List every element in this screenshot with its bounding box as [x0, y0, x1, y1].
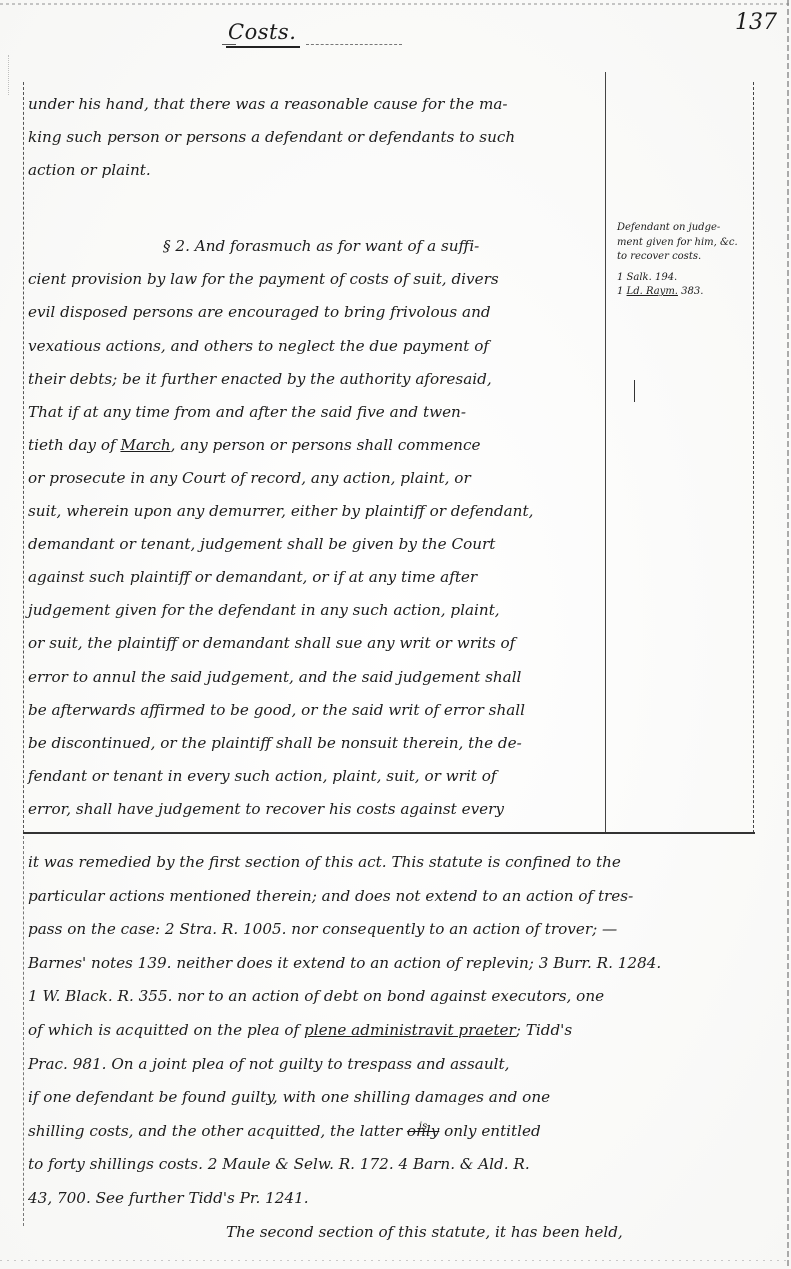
note-line: Barnes' notes 139. neither does it exten… [28, 947, 768, 981]
margin-column-right-border [753, 82, 754, 833]
text-line: judgement given for the defendant in any… [28, 594, 608, 627]
paragraph-gap [28, 187, 608, 230]
margin-note-line: to recover costs. [617, 250, 753, 265]
text-line: king such person or persons a defendant … [28, 121, 608, 154]
text-line: suit, wherein upon any demurrer, either … [28, 495, 608, 528]
note-line: if one defendant be found guilty, with o… [28, 1081, 768, 1115]
correction: onlyis [407, 1122, 439, 1140]
page-number: 137 [735, 10, 777, 35]
text-line: fendant or tenant in every such action, … [28, 760, 608, 793]
text-line: their debts; be it further enacted by th… [28, 363, 608, 396]
page-title: Costs. [228, 20, 296, 44]
scan-right-edge [787, 0, 789, 1269]
commentary-notes: it was remedied by the first section of … [28, 846, 768, 1249]
note-line: pass on the case: 2 Stra. R. 1005. nor c… [28, 913, 768, 947]
margin-ink-tick [634, 380, 635, 402]
header-rule-right [306, 44, 402, 45]
header-rule-left [222, 44, 236, 45]
note-line: particular actions mentioned therein; an… [28, 880, 768, 914]
text-line: error, shall have judgement to recover h… [28, 793, 608, 826]
interlinear-insert: is [419, 1110, 427, 1144]
note-line: it was remedied by the first section of … [28, 846, 768, 880]
underlined-citation: Ld. Raym. [627, 286, 678, 297]
statute-text: under his hand, that there was a reasona… [28, 88, 608, 826]
notes-divider-rule [23, 832, 755, 834]
manuscript-page: Costs. 137 under his hand, that there wa… [0, 0, 791, 1269]
text-line: error to annul the said judgement, and t… [28, 661, 608, 694]
text-line: or prosecute in any Court of record, any… [28, 462, 608, 495]
text-line: vexatious actions, and others to neglect… [28, 330, 608, 363]
underlined-word: March [120, 436, 170, 454]
text-line-with-underline: tieth day of March, any person or person… [28, 429, 608, 462]
text-line: be afterwards affirmed to be good, or th… [28, 694, 608, 727]
margin-citation: 1 Salk. 194. [617, 271, 753, 286]
text-line: or suit, the plaintiff or demandant shal… [28, 627, 608, 660]
text-line: evil disposed persons are encouraged to … [28, 296, 608, 329]
note-line-with-correction: shilling costs, and the other acquitted,… [28, 1115, 768, 1149]
margin-note: Defendant on judge- ment given for him, … [617, 221, 753, 300]
underlined-phrase: plene administravit praeter [304, 1021, 516, 1039]
note-line: 43, 700. See further Tidd's Pr. 1241. [28, 1182, 768, 1216]
text-line: cient provision by law for the payment o… [28, 263, 608, 296]
note-line: 1 W. Black. R. 355. nor to an action of … [28, 980, 768, 1014]
section-heading-line: § 2. And forasmuch as for want of a suff… [28, 230, 608, 263]
note-line-with-underline: of which is acquitted on the plea of ple… [28, 1014, 768, 1048]
text-line: That if at any time from and after the s… [28, 396, 608, 429]
notes-left-border [23, 836, 24, 1226]
text-line: be discontinued, or the plaintiff shall … [28, 727, 608, 760]
note-line: The second section of this statute, it h… [28, 1216, 768, 1250]
text-line: under his hand, that there was a reasona… [28, 88, 608, 121]
scan-bottom-edge [0, 1260, 791, 1261]
text-line: demandant or tenant, judgement shall be … [28, 528, 608, 561]
margin-note-line: Defendant on judge- [617, 221, 753, 236]
scan-top-edge [0, 3, 791, 5]
text-line: against such plaintiff or demandant, or … [28, 561, 608, 594]
text-line: action or plaint. [28, 154, 608, 187]
note-line: Prac. 981. On a joint plea of not guilty… [28, 1048, 768, 1082]
margin-citation: 1 Ld. Raym. 383. [617, 285, 753, 300]
margin-note-line: ment given for him, &c. [617, 236, 753, 251]
note-line: to forty shillings costs. 2 Maule & Selw… [28, 1148, 768, 1182]
